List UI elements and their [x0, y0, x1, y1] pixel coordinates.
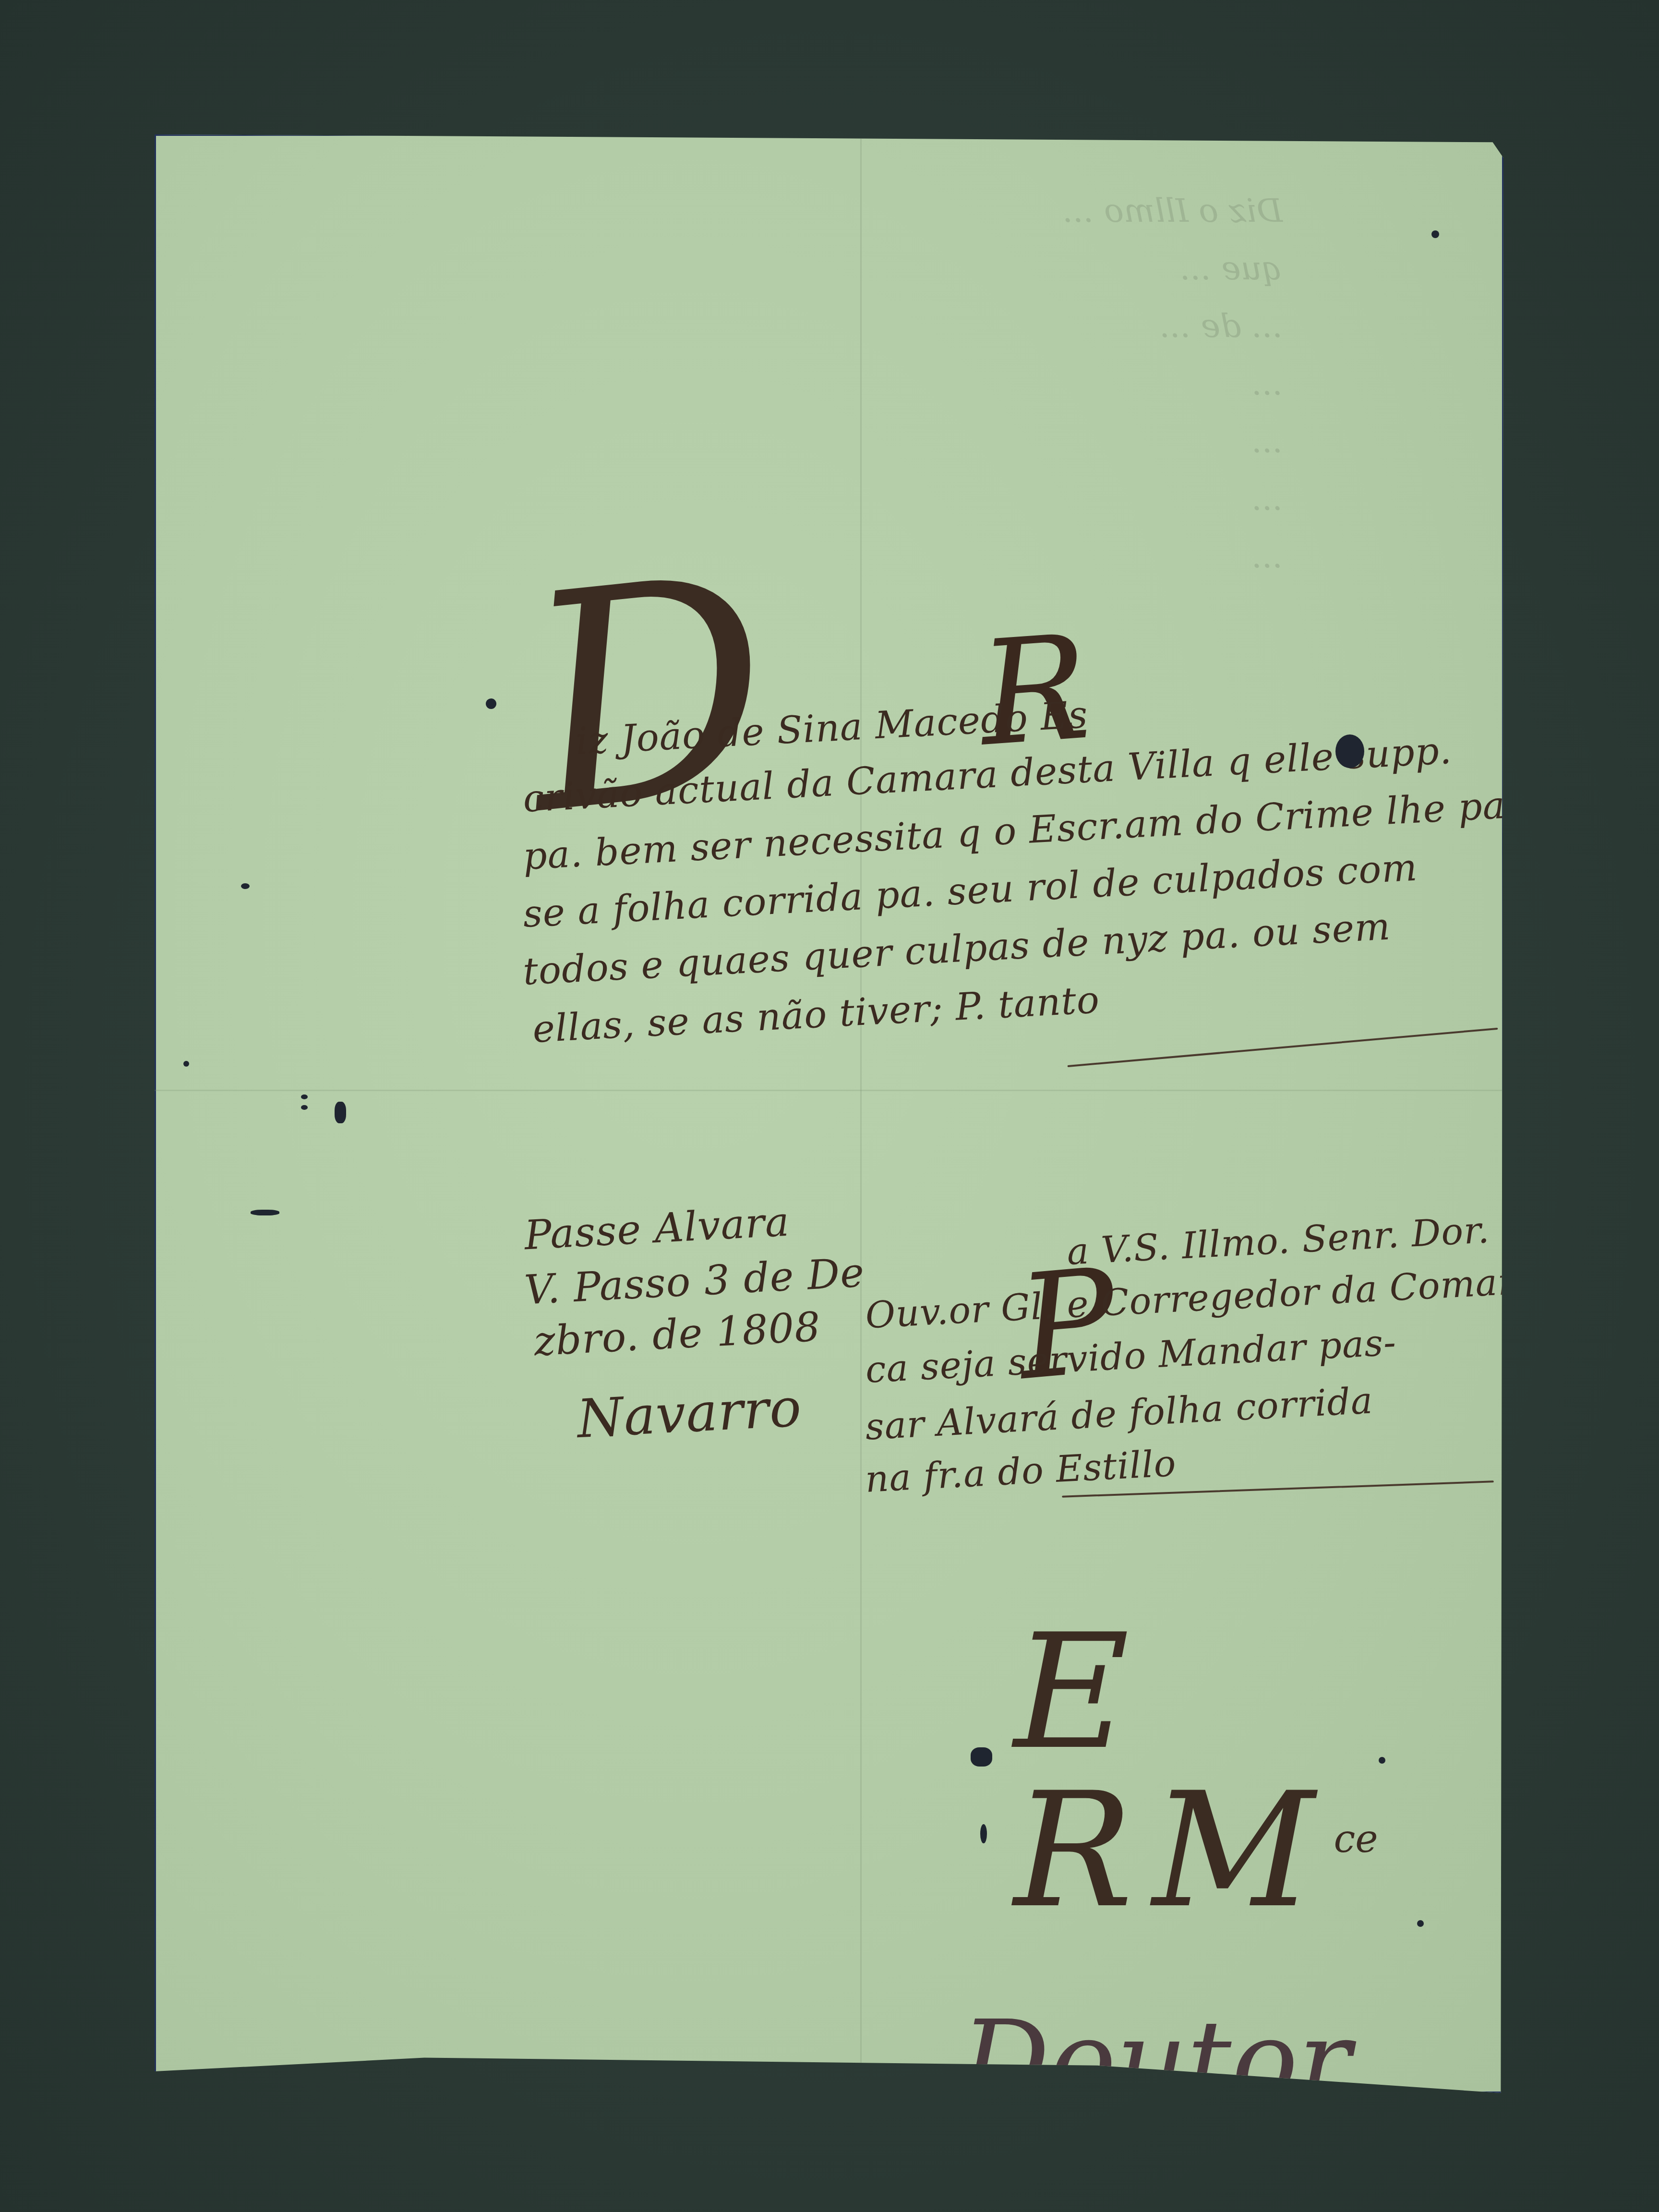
ink-blot [241, 883, 250, 889]
ink-blot [251, 1210, 279, 1215]
manuscript-page: Diz o Illmo ... que ... ... de ... ... .… [155, 134, 1503, 2093]
closing-superscript: ce [1334, 1816, 1378, 1861]
despacho-line: na fr.a do Estillo [864, 1442, 1177, 1501]
closing-er: E R [1014, 1600, 1152, 1943]
ink-blot [183, 1061, 189, 1067]
ink-blot [301, 1105, 308, 1110]
ink-blot [1379, 1757, 1385, 1764]
ink-blot [1335, 734, 1364, 768]
ink-blot [1431, 230, 1439, 238]
despacho-line: Ouv.or Gl. e Corregedor da Comar [865, 1260, 1517, 1337]
flourish-line [1068, 1028, 1498, 1067]
closing-abbreviation: E RMce [1014, 1613, 1503, 1930]
ink-blot [1417, 1920, 1424, 1927]
margin-note-signature: Navarro [576, 1377, 803, 1450]
ink-blot [486, 698, 496, 709]
margin-note-line: Passe Alvara [523, 1198, 791, 1259]
ink-blot [335, 1102, 346, 1123]
petition-line: ellas, se as não tiver; P. tanto [531, 978, 1101, 1051]
decorative-initial-r: R [975, 615, 1094, 767]
ink-blot [980, 1824, 987, 1843]
closing-m: M [1152, 1758, 1334, 1943]
despacho-line: a V.S. Illmo. Senr. Dor. [1066, 1208, 1491, 1273]
ink-blot [301, 1094, 308, 1099]
margin-note-line: zbro. de 1808 [533, 1303, 822, 1365]
fold-line-horizontal [155, 1090, 1503, 1091]
ink-hole [971, 1747, 992, 1767]
